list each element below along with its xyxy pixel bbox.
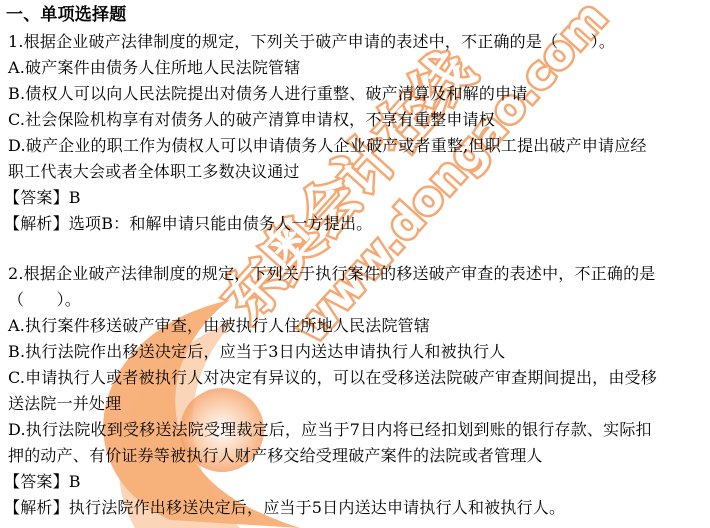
question-2-option-c-cont: 送法院一并处理 bbox=[8, 391, 121, 417]
question-2-option-a: A.执行案件移送破产审查，由被执行人住所地人民法院管辖 bbox=[8, 313, 430, 339]
question-2-stem-cont: （ ）。 bbox=[8, 287, 81, 313]
question-1-option-d: D.破产企业的职工作为债权人可以申请债务人企业破产或者重整,但职工提出破产申请应… bbox=[8, 133, 647, 159]
question-2-option-d-cont: 押的动产、有价证券等被执行人财产移交给受理破产案件的法院或者管理人 bbox=[8, 443, 543, 469]
question-2-stem: 2.根据企业破产法律制度的规定，下列关于执行案件的移送破产审查的表述中，不正确的… bbox=[8, 261, 655, 287]
question-2-analysis: 【解析】执行法院作出移送决定后，应当于5日内送达申请执行人和被执行人。 bbox=[4, 495, 565, 521]
section-title: 一、单项选择题 bbox=[6, 2, 126, 28]
question-1-option-b: B.债权人可以向人民法院提出对债务人进行重整、破产清算及和解的申请 bbox=[8, 81, 527, 107]
question-1-analysis: 【解析】选项B：和解申请只能由债务人一方提出。 bbox=[4, 211, 372, 237]
question-1-answer: 【答案】B bbox=[4, 185, 81, 211]
question-2-option-c: C.申请执行人或者被执行人对决定有异议的，可以在受移送法院破产审查期间提出，由受… bbox=[8, 365, 657, 391]
question-2-answer: 【答案】B bbox=[4, 469, 81, 495]
question-1-option-a: A.破产案件由债务人住所地人民法院管辖 bbox=[8, 55, 300, 81]
question-1-stem: 1.根据企业破产法律制度的规定，下列关于破产申请的表述中，不正确的是（ ）。 bbox=[8, 29, 615, 55]
question-1-option-d-cont: 职工代表大会或者全体职工多数决议通过 bbox=[8, 159, 300, 185]
question-2-option-d: D.执行法院收到受移送法院受理裁定后，应当于7日内将已经扣划到账的银行存款、实际… bbox=[8, 417, 652, 443]
question-1-option-c: C.社会保险机构享有对债务人的破产清算申请权，不享有重整申请权 bbox=[8, 107, 495, 133]
question-2-option-b: B.执行法院作出移送决定后，应当于3日内送达申请执行人和被执行人 bbox=[8, 339, 505, 365]
